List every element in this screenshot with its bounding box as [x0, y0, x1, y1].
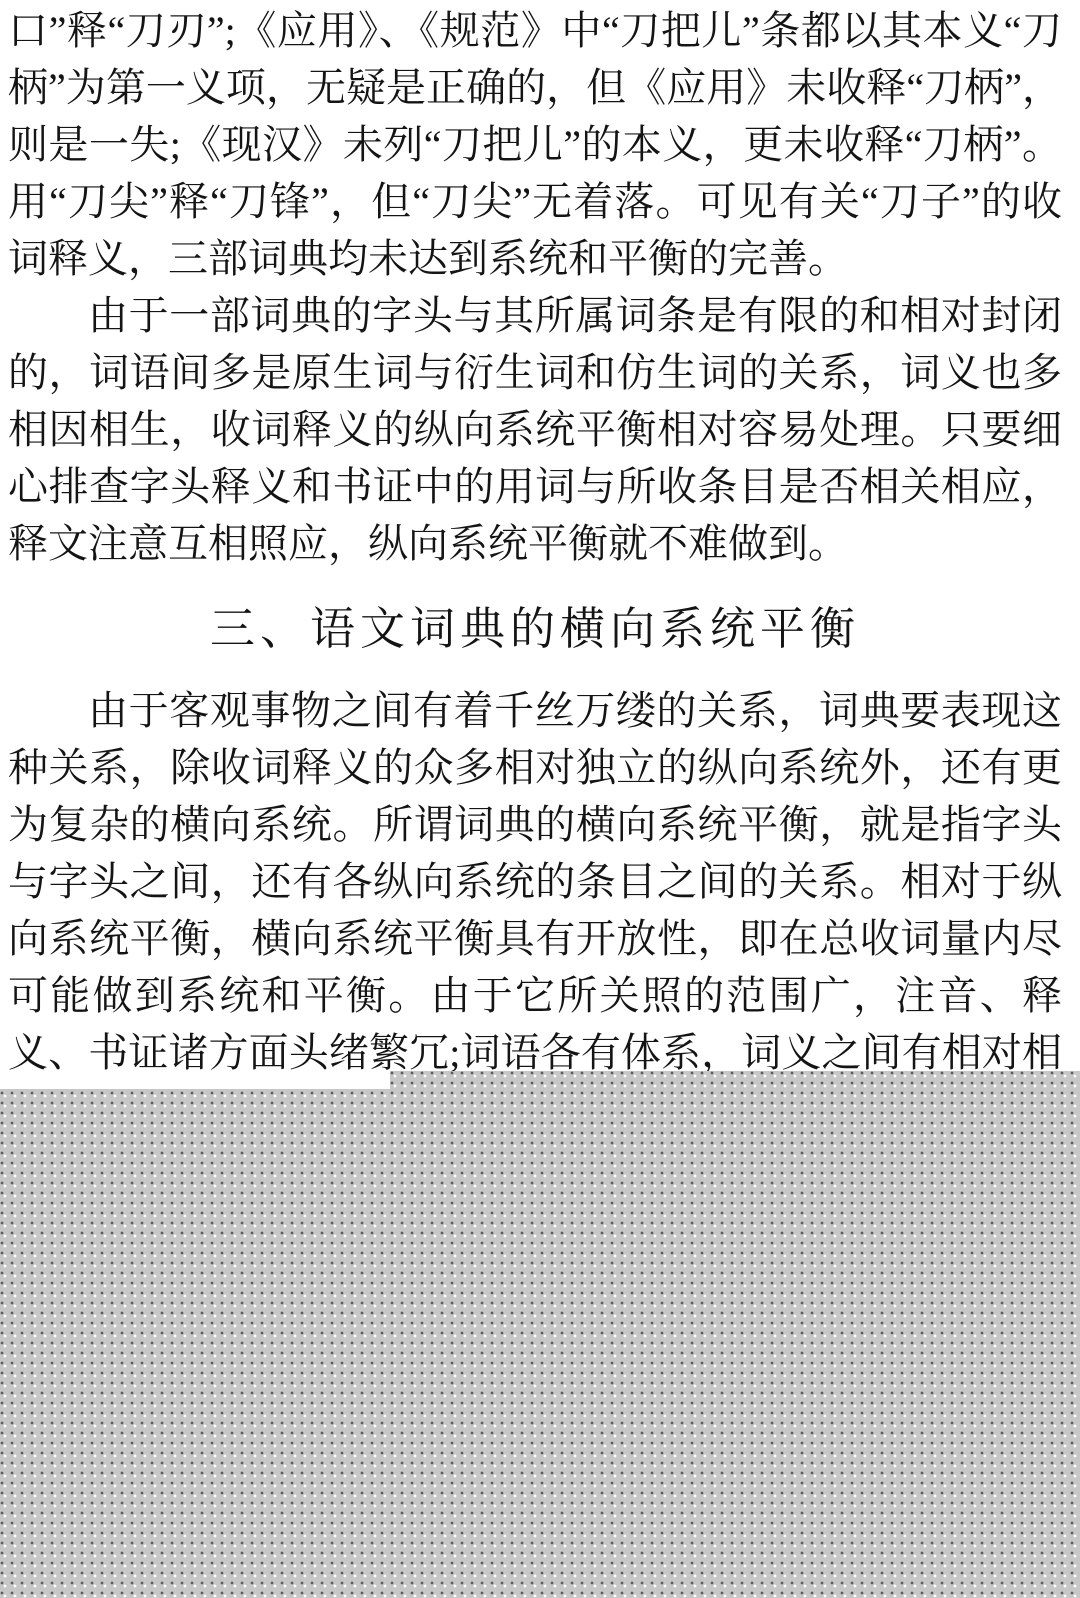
scan-artifact-gray-block [0, 1071, 1080, 1598]
paragraph-horizontal-system-balance: 由于客观事物之间有着千丝万缕的关系，词典要表现这种关系，除收词释义的众多相对独立… [8, 682, 1062, 1138]
section-heading: 三、语文词典的横向系统平衡 [8, 604, 1062, 656]
page-text: 口”释“刀刃”;《应用》、《规范》中“刀把儿”条都以其本义“刀柄”为第一义项，无… [8, 2, 1062, 1138]
paragraph-vertical-system-balance: 由于一部词典的字头与其所属词条是有限的和相对封闭的，词语间多是原生词与衍生词和仿… [8, 287, 1062, 572]
paragraph-continuation: 口”释“刀刃”;《应用》、《规范》中“刀把儿”条都以其本义“刀柄”为第一义项，无… [8, 2, 1062, 287]
